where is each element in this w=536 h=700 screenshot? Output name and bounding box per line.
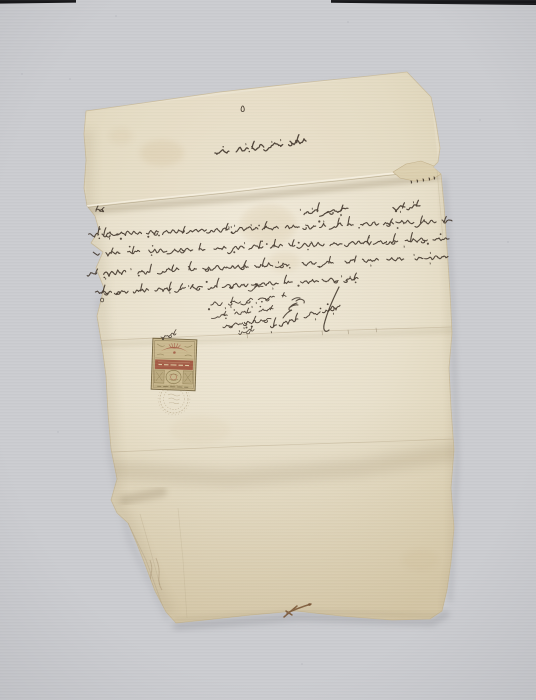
diacritic-dot: [261, 301, 263, 303]
dust-speck: [301, 663, 303, 665]
diacritic-dot: [327, 303, 329, 305]
diacritic-dot: [320, 308, 322, 310]
photo-canvas: ٥: [0, 0, 536, 700]
diacritic-dot: [261, 240, 263, 242]
diacritic-dot: [192, 284, 194, 286]
dust-speck: [479, 119, 481, 121]
diacritic-dot: [152, 245, 153, 246]
diacritic-dot: [249, 151, 251, 153]
diacritic-dot: [233, 251, 235, 253]
age-stain: [170, 416, 230, 444]
page-numeral: ٥: [240, 104, 245, 115]
diacritic-dot: [234, 309, 235, 310]
diacritic-dot: [129, 246, 131, 248]
diacritic-dot: [158, 235, 160, 237]
age-stain: [402, 550, 438, 570]
diacritic-dot: [318, 220, 320, 222]
diacritic-dot: [397, 227, 399, 229]
diacritic-dot: [358, 227, 360, 229]
diacritic-dot: [103, 277, 105, 279]
diacritic-dot: [298, 242, 300, 244]
diacritic-dot: [222, 146, 224, 148]
dust-speck: [115, 15, 117, 17]
diacritic-dot: [162, 338, 164, 340]
age-stain: [140, 140, 184, 166]
diacritic-dot: [289, 267, 291, 269]
diacritic-dot: [307, 249, 309, 251]
revenue-stamp: [151, 338, 197, 391]
diacritic-dot: [427, 243, 429, 245]
diacritic-dot: [231, 231, 233, 233]
dust-speck: [57, 431, 59, 433]
document-photo: ٥: [0, 0, 536, 700]
diacritic-dot: [225, 318, 227, 320]
diacritic-dot: [266, 243, 268, 245]
diacritic-dot: [108, 275, 110, 277]
diacritic-dot: [151, 254, 153, 256]
age-stain: [242, 207, 294, 243]
diacritic-dot: [208, 308, 210, 310]
diacritic-dot: [99, 228, 101, 230]
diacritic-dot: [297, 285, 299, 287]
stamp-medallion: [166, 370, 181, 384]
diacritic-dot: [138, 275, 140, 277]
dust-speck: [69, 78, 71, 80]
age-stain: [109, 128, 133, 144]
diacritic-dot: [258, 225, 260, 227]
diacritic-dot: [440, 233, 442, 235]
dust-speck: [21, 73, 23, 75]
diacritic-dot: [102, 210, 104, 212]
diacritic-dot: [147, 236, 149, 238]
diacritic-dot: [246, 327, 248, 329]
diacritic-dot: [206, 281, 208, 283]
diacritic-dot: [260, 306, 261, 307]
diacritic-dot: [355, 282, 357, 284]
diacritic-dot: [395, 210, 397, 212]
diacritic-dot: [99, 238, 101, 240]
dust-speck: [507, 241, 509, 243]
pen-mark-blob: [308, 603, 311, 606]
diacritic-dot: [120, 238, 122, 240]
age-stain: [268, 252, 300, 272]
dust-speck: [347, 21, 349, 23]
